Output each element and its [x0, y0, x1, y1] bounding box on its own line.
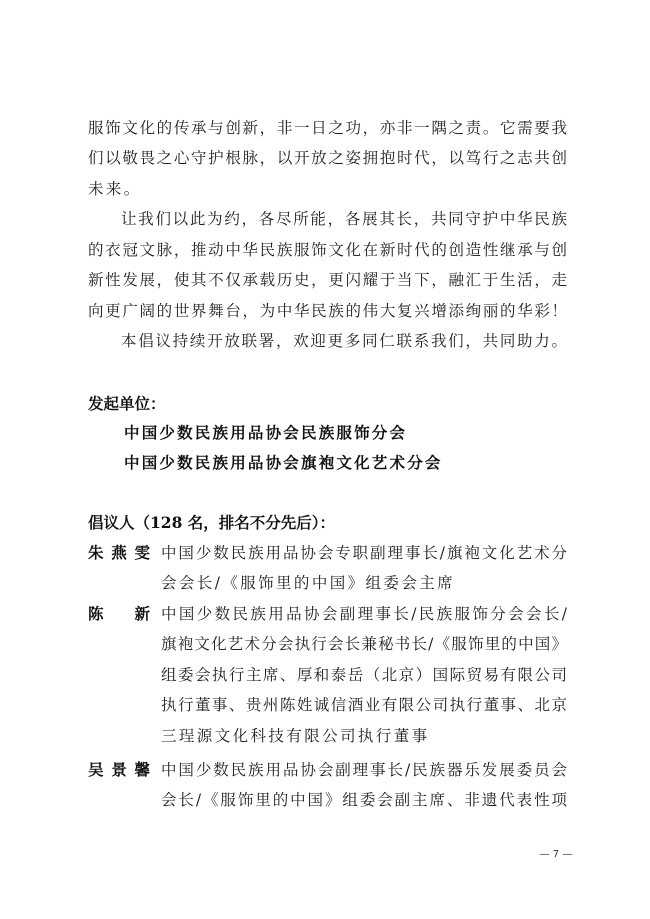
organizers-heading: 发起单位：	[88, 389, 166, 419]
page-number: — 7 —	[536, 849, 576, 860]
paragraph-1-line-2: 们以敬畏之心守护根脉，以开放之姿拥抱时代，以笃行之志共创	[88, 143, 567, 173]
signatory-2-title-line-1: 中国少数民族用品协会副理事长/民族服饰分会会长/	[161, 599, 567, 629]
signatory-2-title-line-3: 组委会执行主席、厚和泰岳（北京）国际贸易有限公司	[161, 660, 567, 690]
paragraph-3-line-1: 本倡议持续开放联署，欢迎更多同仁联系我们，共同助力。	[121, 326, 567, 356]
signatory-name-1: 朱燕雯	[88, 538, 150, 568]
signatory-3-title-line-2: 会长/《服饰里的中国》组委会副主席、非遗代表性项	[161, 785, 567, 815]
organizer-item-1: 中国少数民族用品协会民族服饰分会	[124, 418, 407, 448]
signatory-2-title-line-5: 三珵源文化科技有限公司执行董事	[161, 721, 567, 751]
paragraph-2-line-3: 新性发展，使其不仅承载历史，更闪耀于当下，融汇于生活，走	[88, 265, 567, 295]
signatory-name-2: 陈 新	[88, 599, 150, 629]
signatories-heading: 倡议人（128 名，排名不分先后）：	[88, 508, 335, 538]
signatory-1-title-line-2: 会会长/《服饰里的中国》组委会主席	[161, 568, 567, 598]
document-page: 服饰文化的传承与创新，非一日之功，亦非一隅之责。它需要我 们以敬畏之心守护根脉，…	[0, 0, 650, 919]
paragraph-2-line-1: 让我们以此为约，各尽所能，各展其长，共同守护中华民族	[121, 204, 567, 234]
signatory-2-title-line-2: 旗袍文化艺术分会执行会长兼秘书长/《服饰里的中国》	[161, 629, 567, 659]
signatory-3-title-line-1: 中国少数民族用品协会副理事长/民族器乐发展委员会	[161, 755, 567, 785]
signatory-1-title-line-1: 中国少数民族用品协会专职副理事长/旗袍文化艺术分	[161, 538, 567, 568]
paragraph-2-line-4: 向更广阔的世界舞台，为中华民族的伟大复兴增添绚丽的华彩！	[88, 296, 567, 326]
signatory-2-title-line-4: 执行董事、贵州陈姓诚信酒业有限公司执行董事、北京	[161, 690, 567, 720]
signatory-name-3: 吴景馨	[88, 755, 150, 785]
paragraph-1-line-1: 服饰文化的传承与创新，非一日之功，亦非一隅之责。它需要我	[88, 113, 567, 143]
paragraph-2-line-2: 的衣冠文脉，推动中华民族服饰文化在新时代的创造性继承与创	[88, 235, 567, 265]
paragraph-1-line-3: 未来。	[88, 174, 567, 204]
organizer-item-2: 中国少数民族用品协会旗袍文化艺术分会	[124, 448, 443, 478]
